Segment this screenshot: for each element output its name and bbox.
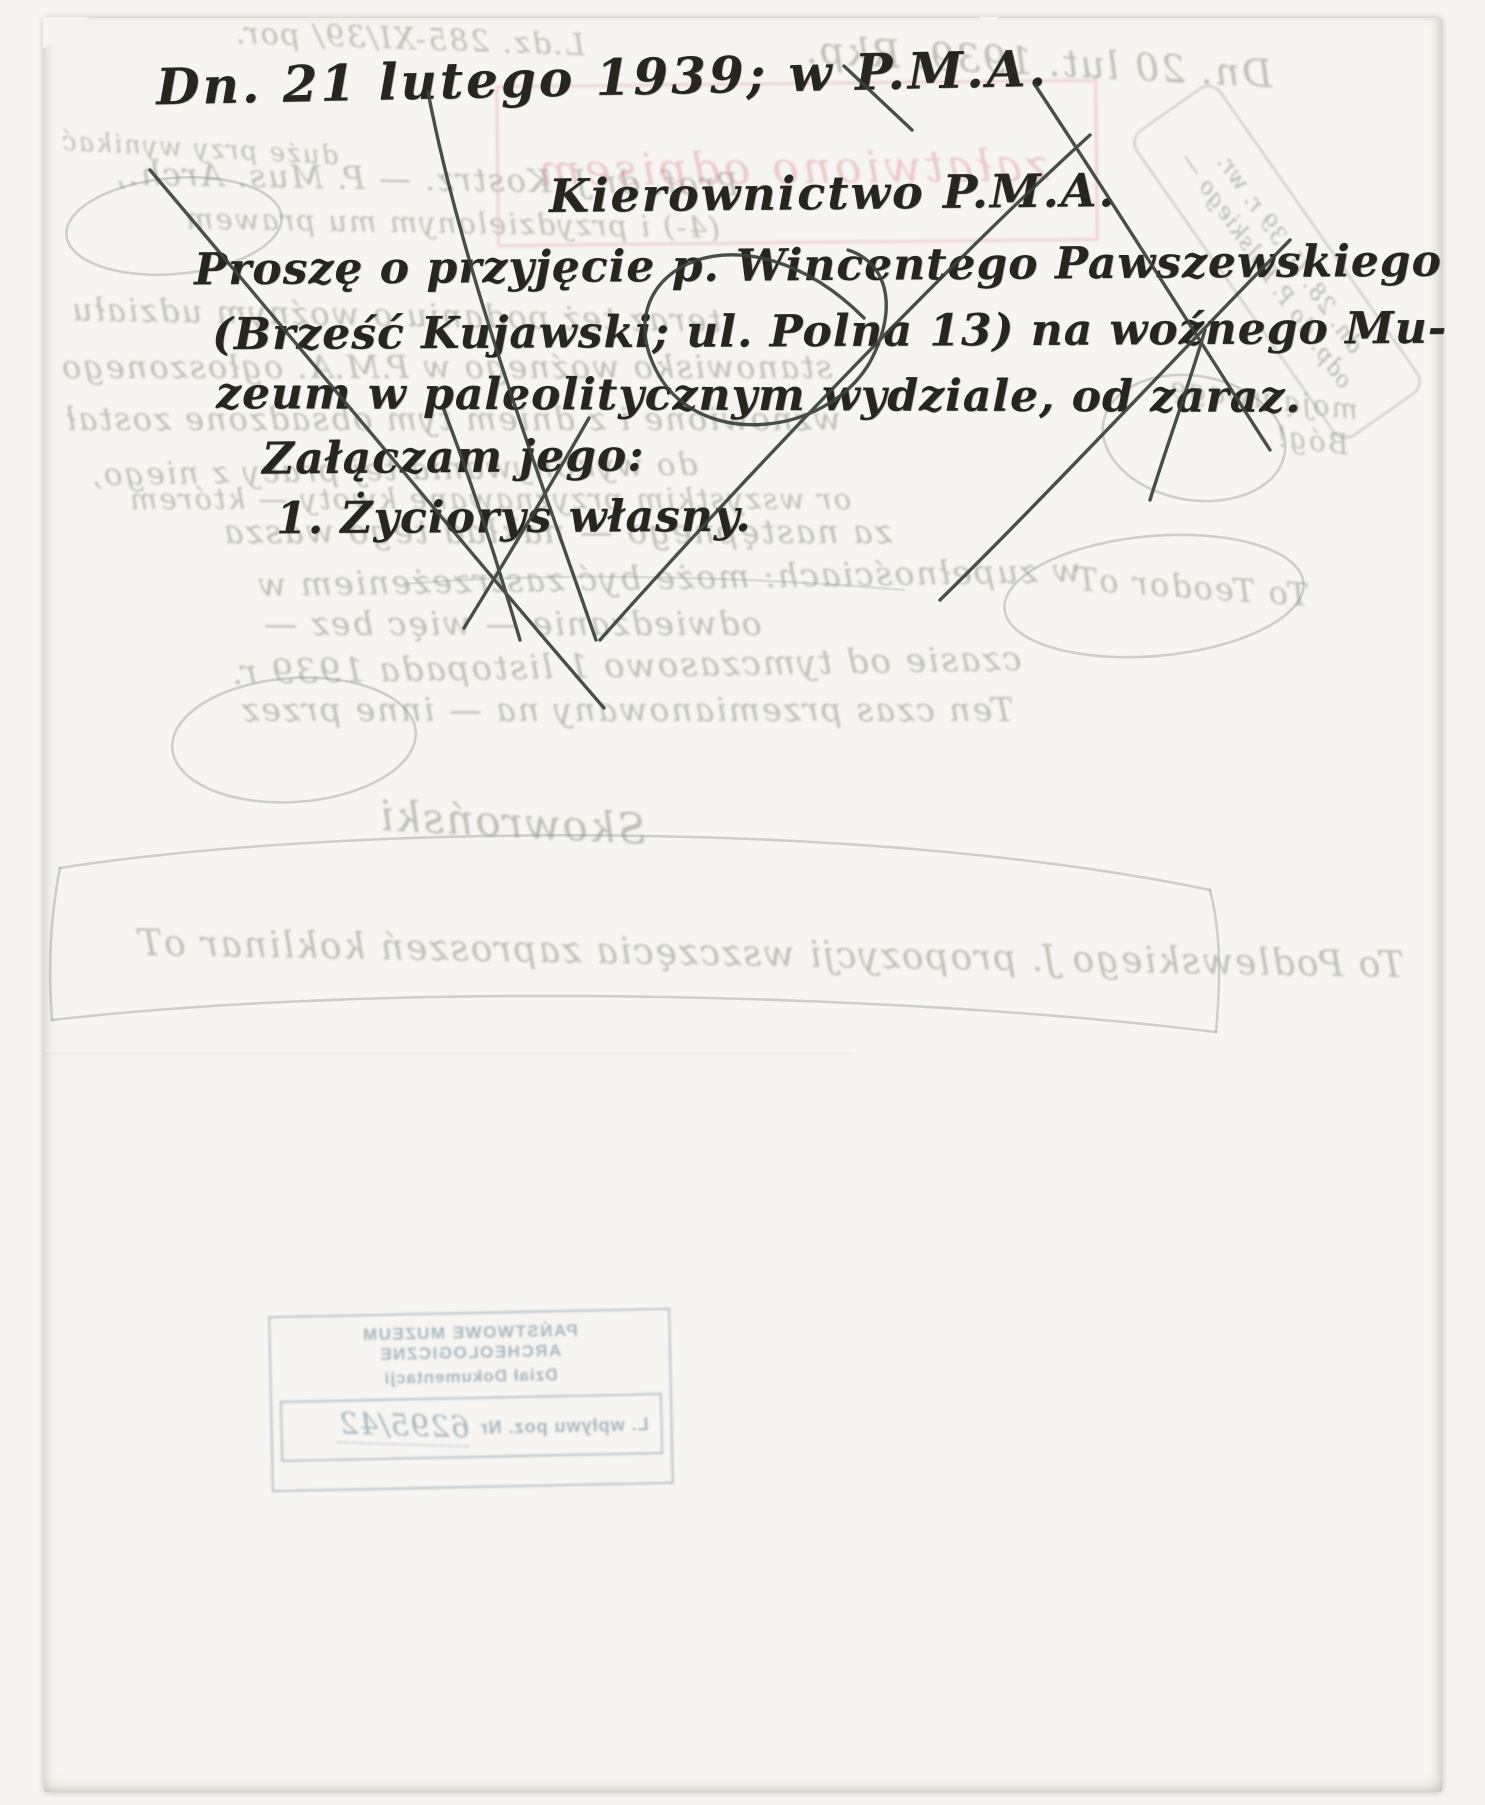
- document-paper: L.dz. 285-XI/39/ por.Dn. 20 lut. 1939. R…: [44, 18, 1442, 1792]
- ink-line-body-1: Proszę o przyjęcie p. Wincentego Pawszew…: [194, 236, 1442, 296]
- ink-line-body-5: 1. Życiorys własny.: [276, 491, 752, 544]
- paper-crease: [44, 1052, 855, 1054]
- ink-layer: Dn. 21 lutego 1939; w P.M.A. Kierownictw…: [44, 18, 1442, 1792]
- ink-line-body-2: (Brześć Kujawski; ul. Polna 13) na woźne…: [212, 303, 1447, 360]
- ink-line-date: Dn. 21 lutego 1939; w P.M.A.: [155, 39, 1049, 117]
- ink-line-body-4: Załączam jego:: [262, 430, 645, 484]
- ink-line-addressee: Kierownictwo P.M.A.: [549, 163, 1117, 223]
- scan-background: { "document": { "kind": "handwritten arc…: [0, 0, 1485, 1805]
- ink-line-body-3: zeum w paleolitycznym wydziale, od zaraz…: [216, 368, 1302, 423]
